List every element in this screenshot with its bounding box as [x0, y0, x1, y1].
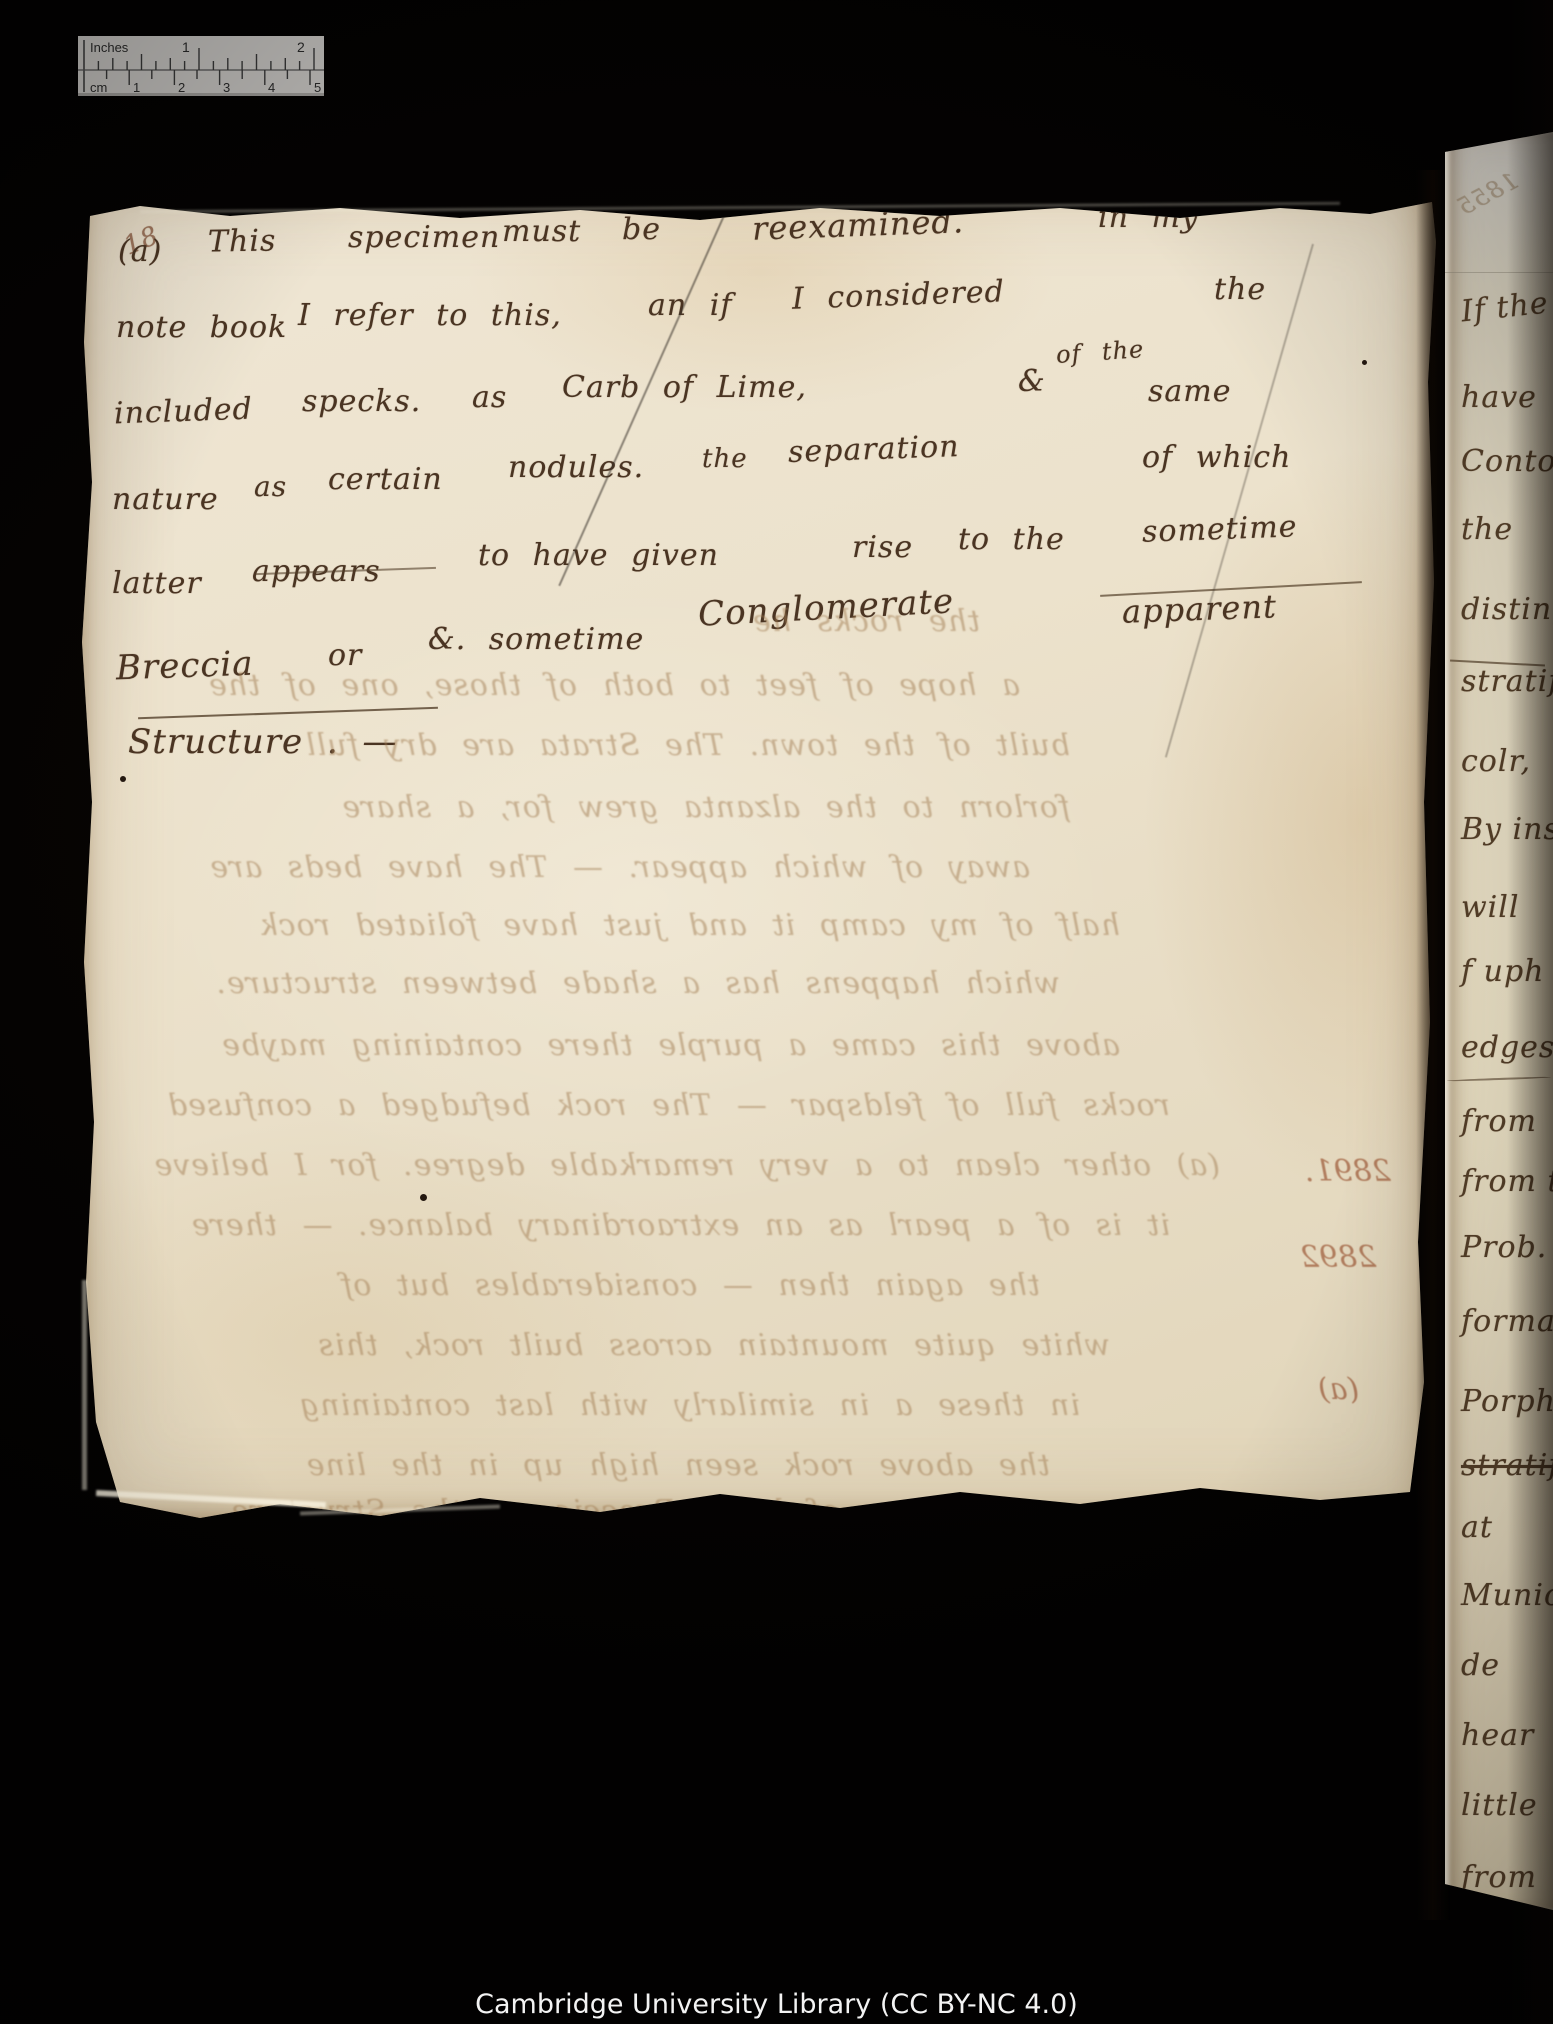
ink-word: latter [112, 566, 202, 601]
ink-word: sometime [1141, 509, 1298, 549]
bleedthrough-line: above this came a purple there containin… [130, 1028, 1120, 1063]
ink-word: I considered [791, 274, 1005, 316]
ruler-cm-1: 1 [133, 80, 140, 95]
crease-scratch [1165, 244, 1314, 758]
image-edge-shadow [1507, 0, 1553, 2024]
ink-word: must [502, 214, 581, 249]
ink-word: be [622, 212, 661, 247]
ink-dot [120, 776, 126, 782]
ink-word: rise [852, 530, 913, 565]
ink-word: as [472, 380, 507, 415]
ink-dot [420, 1194, 427, 1201]
ink-word: the [702, 444, 748, 474]
deckle-highlight [140, 202, 1340, 213]
bleedthrough-line: the again then — considerables but of [160, 1268, 1040, 1303]
bleedthrough-line: it is of a pearl as an extraordinary bal… [130, 1208, 1170, 1243]
deckle-highlight [82, 1280, 87, 1490]
bleedthrough-line: away of which appear. — The have beds ar… [130, 850, 1030, 885]
ink-word: note book [116, 310, 287, 345]
scan-canvas: Inches 1 2 cm 1 2 3 4 5 18 [0, 0, 1553, 2024]
ink-word: separation [787, 429, 960, 470]
ink-word: included [113, 392, 253, 432]
ink-word: of which [1142, 440, 1291, 475]
bleedthrough-line: (a) other clean to a very remarkable deg… [130, 1148, 1220, 1183]
bleedthrough-number: (a) [1318, 1372, 1359, 1407]
ink-line-overline-structure [138, 707, 438, 719]
bleedthrough-line: a hope of feet to both of those, one of … [140, 668, 1020, 703]
bleedthrough-line: of large Breccia. — the Structure [200, 1494, 840, 1529]
ruler-inch-2: 2 [297, 39, 305, 55]
ink-word: specks. [302, 384, 421, 419]
ink-word: certain [328, 462, 443, 497]
ruler-cm-2: 2 [178, 80, 185, 95]
bleedthrough-line: the above rock seen high up in the line [170, 1448, 1050, 1483]
ruler-inches-label: Inches [90, 40, 129, 55]
ruler-inch-1: 1 [182, 39, 190, 55]
bleedthrough-line: in these a in similarly with last contai… [150, 1388, 1080, 1423]
bleedthrough-line: half of my camp it and just have foliate… [130, 908, 1120, 943]
ruler-cm-5: 5 [314, 80, 321, 95]
bleedthrough-line: rocks full of feldspar — The rock befudg… [130, 1088, 1170, 1123]
bleedthrough-number: 2892 [1300, 1240, 1376, 1275]
ink-dot [1362, 360, 1367, 365]
bleedthrough-line: which happens has a shade between struct… [130, 966, 1060, 1001]
ink-word: the [1214, 272, 1266, 307]
ink-word: as [254, 470, 287, 503]
bleedthrough-line: the rocks he [560, 604, 980, 639]
ink-word: nature [112, 482, 219, 517]
bleedthrough-line: forlorn to the alzanta grew for, a share [130, 790, 1070, 825]
ink-word: to have given [478, 538, 719, 573]
ink-word: I refer to this, [298, 298, 562, 333]
ink-word: specimen [348, 220, 500, 255]
binding-gutter [1416, 170, 1450, 1920]
library-caption: Cambridge University Library (CC BY-NC 4… [0, 1989, 1553, 2020]
ink-word-inserted: of the [1055, 335, 1145, 369]
ruler-cm-4: 4 [268, 80, 275, 95]
ink-word: Carb of Lime, [562, 370, 807, 405]
ink-word: to the [958, 522, 1065, 557]
ink-word: same [1148, 374, 1231, 409]
ruler-cm-label: cm [90, 80, 107, 95]
bleedthrough-line: built of the town. The Strata are dry fu… [140, 728, 1070, 763]
fragment-word: at [1461, 1510, 1493, 1545]
fragment-word: the [1461, 512, 1513, 547]
ink-word: nodules. [508, 450, 644, 485]
ink-word: & [1018, 364, 1046, 399]
ink-word: This [208, 223, 277, 259]
bleedthrough-line: white quite mountain across built rock, … [130, 1328, 1110, 1363]
ruler-cm-3: 3 [223, 80, 230, 95]
ink-word: (a) [118, 234, 162, 269]
ink-word: reexamined. [751, 202, 964, 247]
fragment-word: de [1461, 1648, 1500, 1683]
manuscript-page: 18 (a) This specimen must be reexamined.… [80, 182, 1440, 1522]
scale-ruler: Inches 1 2 cm 1 2 3 4 5 [78, 36, 324, 96]
bleedthrough-number: 2891. [1305, 1154, 1391, 1189]
